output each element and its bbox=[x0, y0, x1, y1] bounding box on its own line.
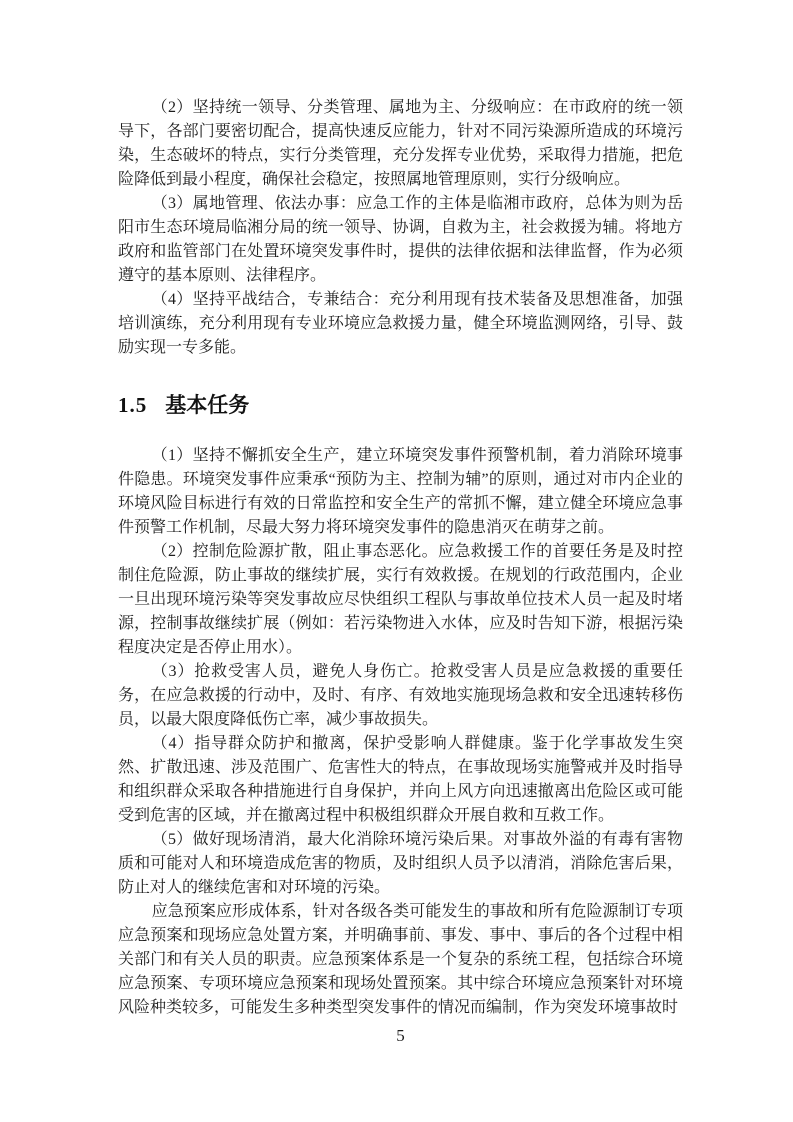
page-number: 5 bbox=[118, 1024, 683, 1048]
body-paragraph: （2）控制危险源扩散，阻止事态恶化。应急救援工作的首要任务是及时控制住危险源，防… bbox=[118, 540, 683, 660]
body-paragraph: （1）坚持不懈抓安全生产，建立环境突发事件预警机制，着力消除环境事件隐患。环境突… bbox=[118, 444, 683, 540]
body-paragraph: （5）做好现场清消，最大化消除环境污染后果。对事故外溢的有毒有害物质和可能对人和… bbox=[118, 828, 683, 900]
document-page: （2）坚持统一领导、分类管理、属地为主、分级响应：在市政府的统一领导下，各部门要… bbox=[0, 0, 793, 1122]
body-paragraph: （4）指导群众防护和撤离，保护受影响人群健康。鉴于化学事故发生突然、扩散迅速、涉… bbox=[118, 732, 683, 828]
body-paragraph: （3）属地管理、依法办事：应急工作的主体是临湘市政府，总体为则为岳阳市生态环境局… bbox=[118, 192, 683, 288]
body-paragraph: （4）坚持平战结合，专兼结合：充分利用现有技术装备及思想准备，加强培训演练，充分… bbox=[118, 288, 683, 360]
body-paragraph: （3）抢救受害人员，避免人身伤亡。抢救受害人员是应急救援的重要任务，在应急救援的… bbox=[118, 660, 683, 732]
section-title: 基本任务 bbox=[165, 393, 249, 417]
text-block: （2）坚持统一领导、分类管理、属地为主、分级响应：在市政府的统一领导下，各部门要… bbox=[118, 96, 683, 1020]
body-paragraph: （2）坚持统一领导、分类管理、属地为主、分级响应：在市政府的统一领导下，各部门要… bbox=[118, 96, 683, 192]
body-paragraph: 应急预案应形成体系，针对各级各类可能发生的事故和所有危险源制订专项应急预案和现场… bbox=[118, 900, 683, 1020]
section-heading: 1.5基本任务 bbox=[118, 392, 683, 418]
section-number: 1.5 bbox=[118, 393, 147, 417]
